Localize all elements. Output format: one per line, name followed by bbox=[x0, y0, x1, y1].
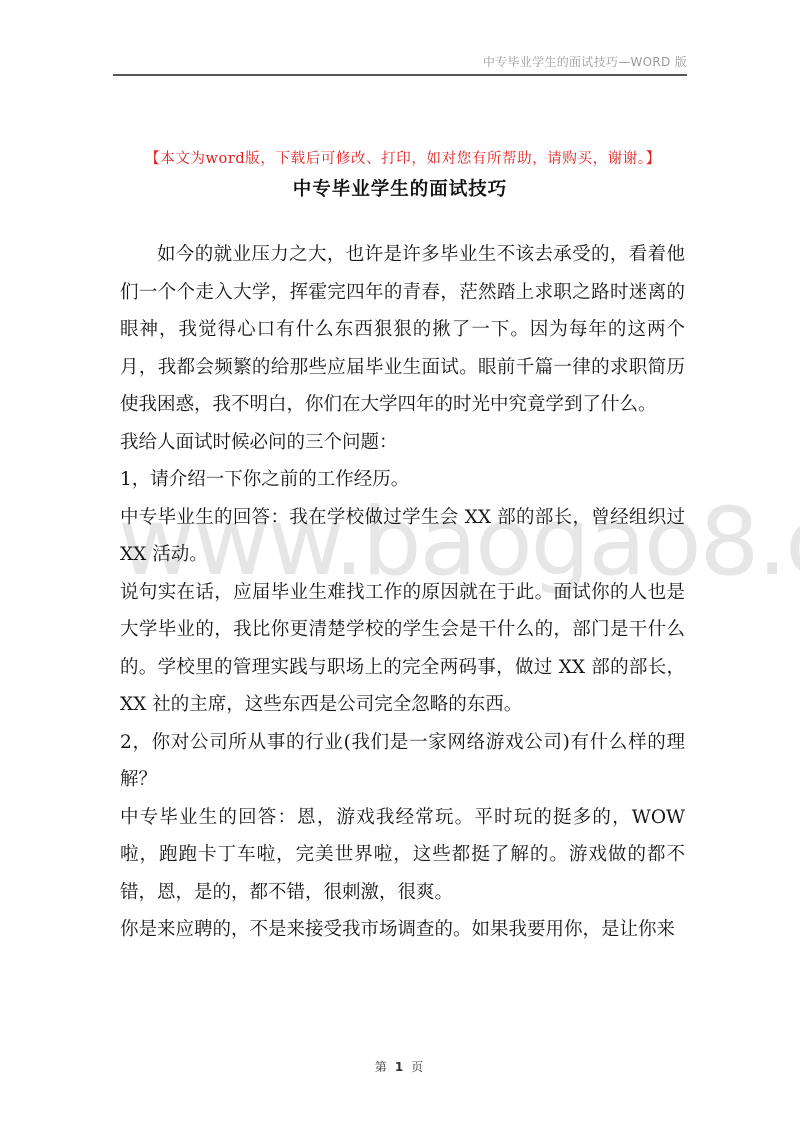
running-header: 中专毕业学生的面试技巧—WORD 版 bbox=[483, 53, 687, 70]
paragraph-questions-heading: 我给人面试时候必问的三个问题： bbox=[120, 424, 685, 462]
paragraph-question-1: 1，请介绍一下你之前的工作经历。 bbox=[120, 461, 685, 499]
page-label-prefix: 第 bbox=[375, 1060, 389, 1074]
paragraph-answer-1: 中专毕业生的回答：我在学校做过学生会 XX 部的部长，曾经组织过 XX 活动。 bbox=[120, 499, 685, 574]
header-divider bbox=[113, 74, 687, 76]
document-title: 中专毕业学生的面试技巧 bbox=[0, 175, 800, 201]
paragraph-comment-2: 你是来应聘的，不是来接受我市场调查的。如果我要用你，是让你来 bbox=[120, 911, 685, 949]
paragraph-comment-1: 说句实在话，应届毕业生难找工作的原因就在于此。面试你的人也是大学毕业的，我比你更… bbox=[120, 574, 685, 724]
page-label-suffix: 页 bbox=[411, 1060, 425, 1074]
paragraph-intro: 如今的就业压力之大，也许是许多毕业生不该去承受的，看着他们一个个走入大学，挥霍完… bbox=[120, 236, 685, 424]
paragraph-answer-2: 中专毕业生的回答：恩，游戏我经常玩。平时玩的挺多的，WOW 啦，跑跑卡丁车啦，完… bbox=[120, 799, 685, 912]
page-number: 1 bbox=[395, 1060, 405, 1074]
document-page: 中专毕业学生的面试技巧—WORD 版 【本文为word版，下载后可修改、打印，如… bbox=[0, 0, 800, 1132]
document-body: 如今的就业压力之大，也许是许多毕业生不该去承受的，看着他们一个个走入大学，挥霍完… bbox=[120, 236, 685, 949]
paragraph-question-2: 2，你对公司所从事的行业(我们是一家网络游戏公司)有什么样的理解？ bbox=[120, 724, 685, 799]
purchase-notice: 【本文为word版，下载后可修改、打印，如对您有所帮助，请购买，谢谢。】 bbox=[108, 147, 698, 168]
page-footer: 第1页 bbox=[0, 1058, 800, 1075]
